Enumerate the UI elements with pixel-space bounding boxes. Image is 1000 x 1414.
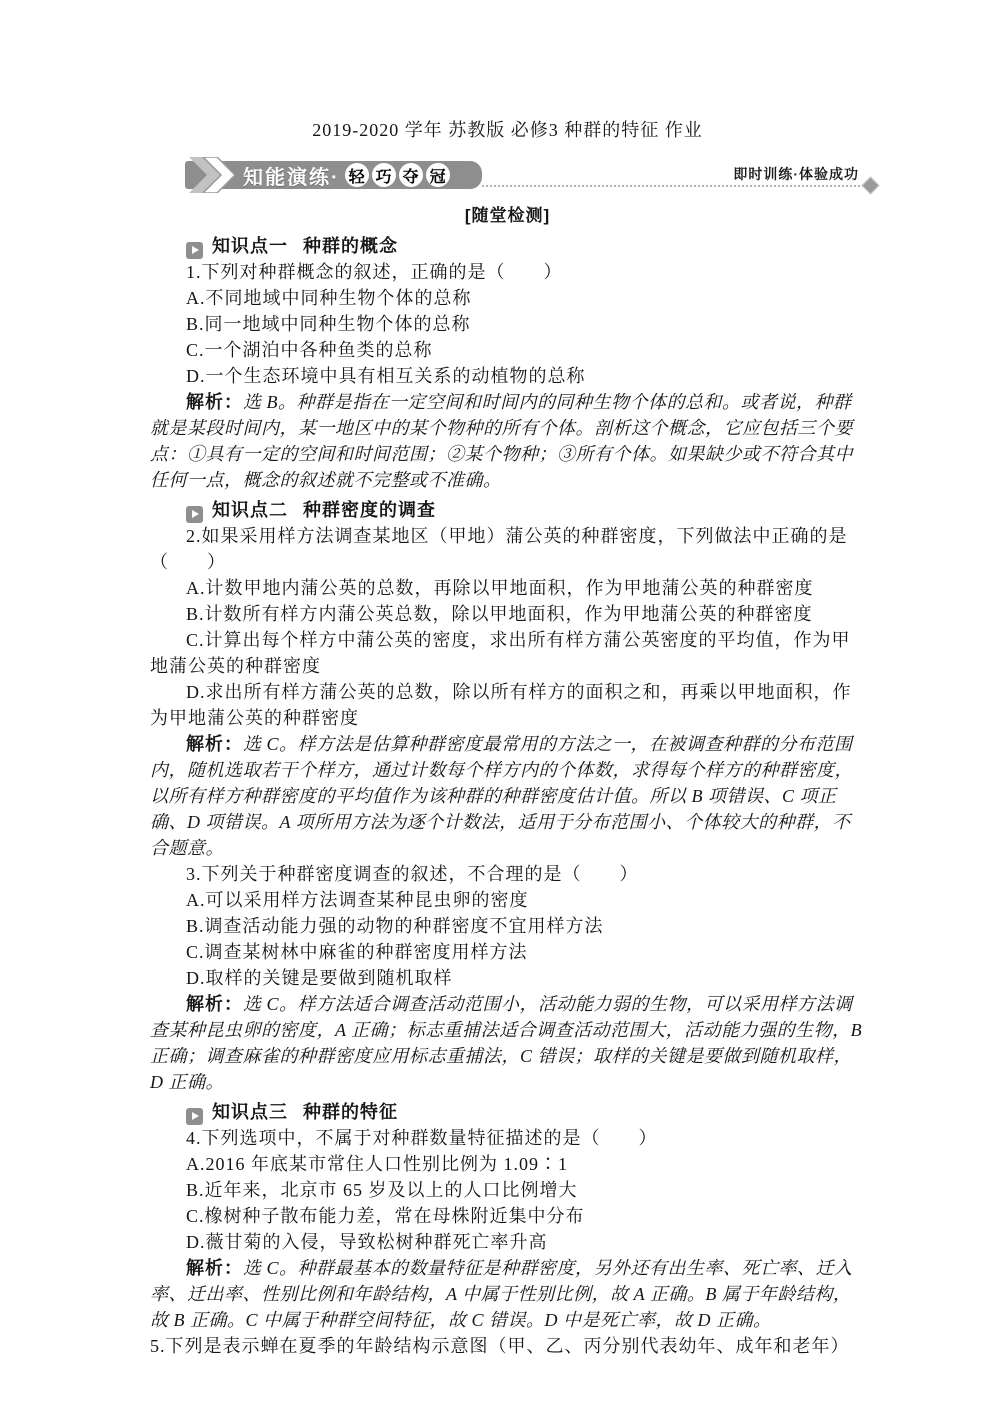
doc-title: 2019-2020 学年 苏教版 必修3 种群的特征 作业	[150, 117, 865, 143]
analysis-label: 解析：	[186, 734, 243, 754]
worksheet-page: 2019-2020 学年 苏教版 必修3 种群的特征 作业 知能演练· 轻 巧 …	[0, 0, 1000, 1359]
play-icon	[186, 1108, 203, 1125]
banner-main-text: 知能演练·	[243, 161, 340, 190]
analysis-label: 解析：	[186, 1258, 243, 1278]
option-item: B.调查活动能力强的动物的种群密度不宜用样方法	[150, 913, 865, 939]
analysis-label: 解析：	[186, 392, 243, 412]
option-item: D.取样的关键是要做到随机取样	[150, 965, 865, 991]
option-item: D.薇甘菊的入侵，导致松树种群死亡率升高	[150, 1229, 865, 1255]
option-item: B.近年来，北京市 65 岁及以上的人口比例增大	[150, 1177, 865, 1203]
analysis-text: 选 C。样方法是估算种群密度最常用的方法之一，在被调查种群的分布范围内，随机选取…	[150, 734, 853, 858]
kp-label: 知识点三	[212, 1102, 288, 1122]
analysis-paragraph-3: 解析：选 C。样方法适合调查活动范围小，活动能力弱的生物，可以采用样方法调查某种…	[150, 991, 865, 1095]
option-item: B.同一地域中同种生物个体的总称	[150, 311, 865, 337]
analysis-label: 解析：	[186, 994, 243, 1014]
question-stem-1: 1.下列对种群概念的叙述，正确的是（ ）	[150, 259, 865, 285]
option-item: B.计数所有样方内蒲公英总数，除以甲地面积，作为甲地蒲公英的种群密度	[150, 601, 865, 627]
analysis-text: 选 B。种群是指在一定空间和时间内的同种生物个体的总和。或者说，种群就是某段时间…	[150, 392, 853, 490]
option-item: A.2016 年底某市常住人口性别比例为 1.09∶1	[150, 1151, 865, 1177]
option-item: C.一个湖泊中各种鱼类的总称	[150, 337, 865, 363]
banner-badge: 轻	[345, 163, 369, 187]
kp-title: 种群的特征	[303, 1102, 398, 1122]
banner-dotted-line	[482, 185, 864, 187]
option-item: A.计数甲地内蒲公英的总数，再除以甲地面积，作为甲地蒲公英的种群密度	[150, 575, 865, 601]
option-item: A.可以采用样方法调查某种昆虫卵的密度	[150, 887, 865, 913]
banner-badge: 冠	[426, 163, 450, 187]
banner-badges: 轻 巧 夺 冠	[345, 163, 450, 187]
analysis-paragraph-1: 解析：选 B。种群是指在一定空间和时间内的同种生物个体的总和。或者说，种群就是某…	[150, 389, 865, 493]
banner: 知能演练· 轻 巧 夺 冠 即时训练·体验成功	[150, 161, 865, 189]
kp-label: 知识点二	[212, 500, 288, 520]
analysis-text: 选 C。样方法适合调查活动范围小，活动能力弱的生物，可以采用样方法调查某种昆虫卵…	[150, 994, 862, 1092]
option-item: A.不同地域中同种生物个体的总称	[150, 285, 865, 311]
banner-badge: 夺	[399, 163, 423, 187]
double-chevron-icon	[187, 157, 243, 193]
kp-label: 知识点一	[212, 236, 288, 256]
banner-bar: 知能演练· 轻 巧 夺 冠	[185, 161, 482, 189]
analysis-text: 选 C。种群最基本的数量特征是种群密度，另外还有出生率、死亡率、迁入率、迁出率、…	[150, 1258, 853, 1330]
option-item: C.计算出每个样方中蒲公英的密度，求出所有样方蒲公英密度的平均值，作为甲地蒲公英…	[150, 627, 865, 679]
play-icon	[186, 242, 203, 259]
analysis-paragraph-4: 解析：选 C。种群最基本的数量特征是种群密度，另外还有出生率、死亡率、迁入率、迁…	[150, 1255, 865, 1333]
kp-heading-2: 知识点二种群密度的调查	[150, 497, 865, 523]
play-icon	[186, 506, 203, 523]
kp-heading-1: 知识点一种群的概念	[150, 233, 865, 259]
question-stem-3: 3.下列关于种群密度调查的叙述，不合理的是（ ）	[150, 861, 865, 887]
diamond-icon	[861, 176, 879, 194]
kp-heading-3: 知识点三种群的特征	[150, 1099, 865, 1125]
question-stem-2: 2.如果采用样方法调查某地区（甲地）蒲公英的种群密度，下列做法中正确的是（ ）	[150, 523, 865, 575]
banner-badge: 巧	[372, 163, 396, 187]
analysis-paragraph-2: 解析：选 C。样方法是估算种群密度最常用的方法之一，在被调查种群的分布范围内，随…	[150, 731, 865, 861]
option-item: C.调查某树林中麻雀的种群密度用样方法	[150, 939, 865, 965]
question-stem-5: 5.下列是表示蝉在夏季的年龄结构示意图（甲、乙、丙分别代表幼年、成年和老年）	[150, 1333, 865, 1359]
option-item: C.橡树种子散布能力差，常在母株附近集中分布	[150, 1203, 865, 1229]
kp-title: 种群的概念	[303, 236, 398, 256]
kp-title: 种群密度的调查	[303, 500, 436, 520]
option-item: D.求出所有样方蒲公英的总数，除以所有样方的面积之和，再乘以甲地面积，作为甲地蒲…	[150, 679, 865, 731]
banner-tagline: 即时训练·体验成功	[733, 164, 859, 184]
option-item: D.一个生态环境中具有相互关系的动植物的总称	[150, 363, 865, 389]
question-stem-4: 4.下列选项中，不属于对种群数量特征描述的是（ ）	[150, 1125, 865, 1151]
section-title: [随堂检测]	[150, 203, 865, 229]
